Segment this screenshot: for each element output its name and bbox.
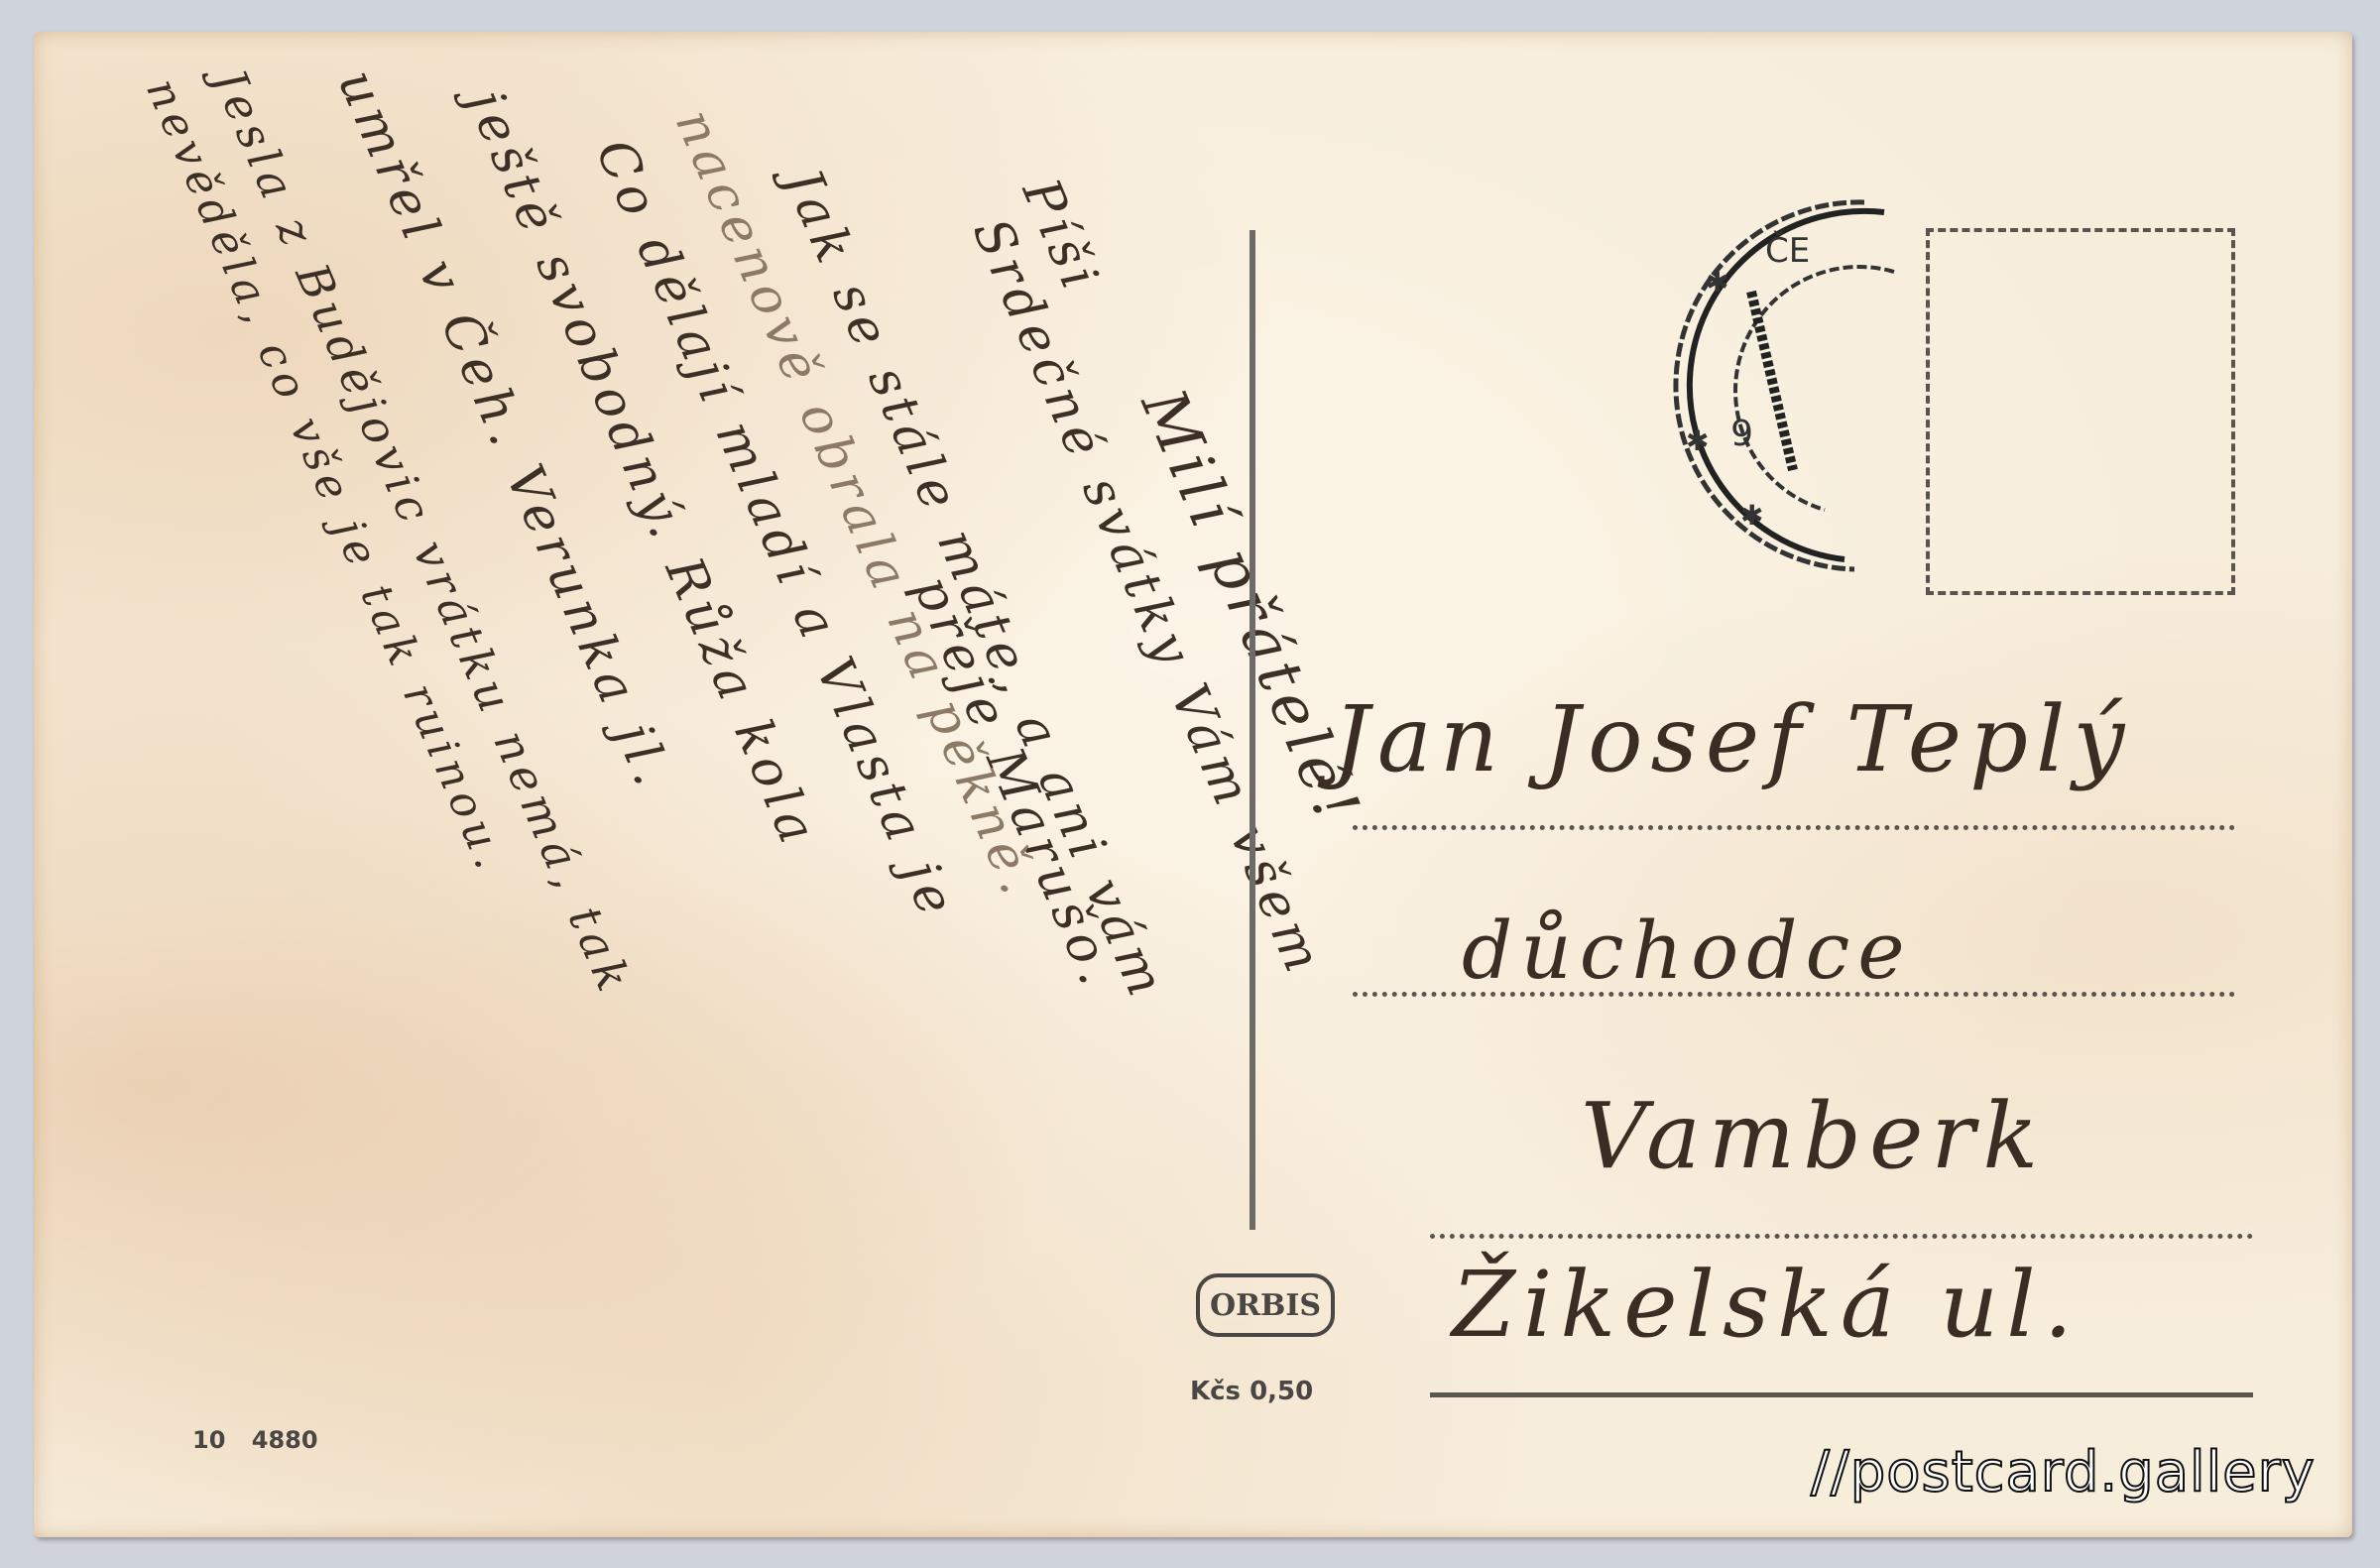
address-line-2 xyxy=(1353,992,2235,997)
svg-text:✱: ✱ xyxy=(1706,266,1728,299)
publisher-logo: ORBIS xyxy=(1196,1273,1335,1337)
svg-text:✱: ✱ xyxy=(1686,424,1709,457)
svg-text:ČE: ČE xyxy=(1765,230,1810,271)
print-code: 10 4880 xyxy=(192,1426,318,1454)
message-line: nevěděla, co vše je tak ruinou. xyxy=(136,71,518,881)
price-label: Kčs 0,50 xyxy=(1190,1377,1313,1406)
svg-text:✱: ✱ xyxy=(1740,499,1763,532)
address-line-3 xyxy=(1430,1234,2253,1239)
divider-line xyxy=(1249,230,1255,1230)
stamp-placeholder-box xyxy=(1926,228,2235,595)
svg-text:6: 6 xyxy=(1730,411,1753,451)
watermark: //postcard.gallery xyxy=(1811,1440,2316,1505)
recipient-name: Jan Josef Teplý xyxy=(1333,686,2132,792)
publisher-name: ORBIS xyxy=(1210,1288,1321,1323)
address-line-1 xyxy=(1353,825,2235,830)
postmark-icon: ✱ ✱ ✱ ČE 6 xyxy=(1616,182,1934,579)
recipient-city: Vamberk xyxy=(1581,1083,2046,1189)
recipient-title: důchodce xyxy=(1462,905,1913,997)
recipient-street: Žikelská ul. xyxy=(1452,1252,2081,1358)
postcard: Milí přátelé! Píši Srdečné svátky Vám vš… xyxy=(34,32,2352,1537)
address-line-4 xyxy=(1430,1392,2253,1397)
